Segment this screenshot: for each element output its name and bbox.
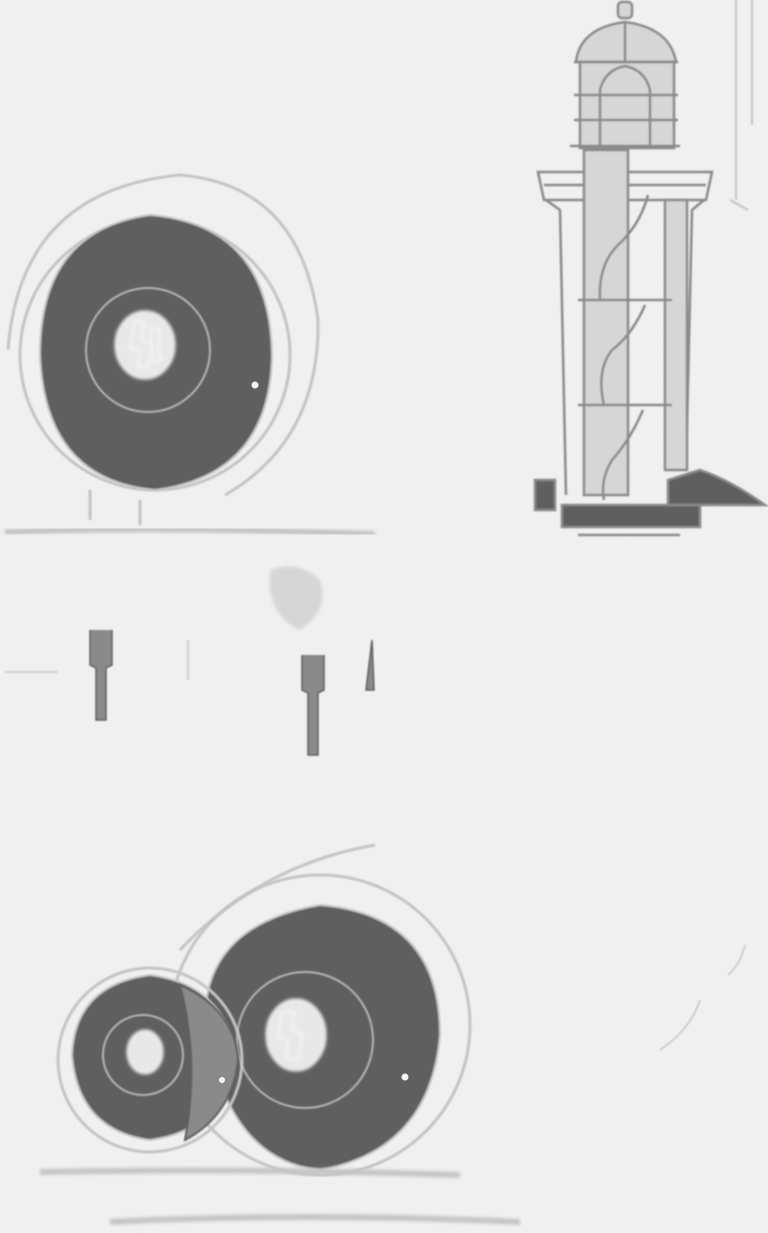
emblem-icon (127, 1030, 163, 1074)
emblem-icon (266, 999, 326, 1071)
sketch-sheet (0, 0, 768, 1233)
emblem-icon (115, 311, 175, 379)
